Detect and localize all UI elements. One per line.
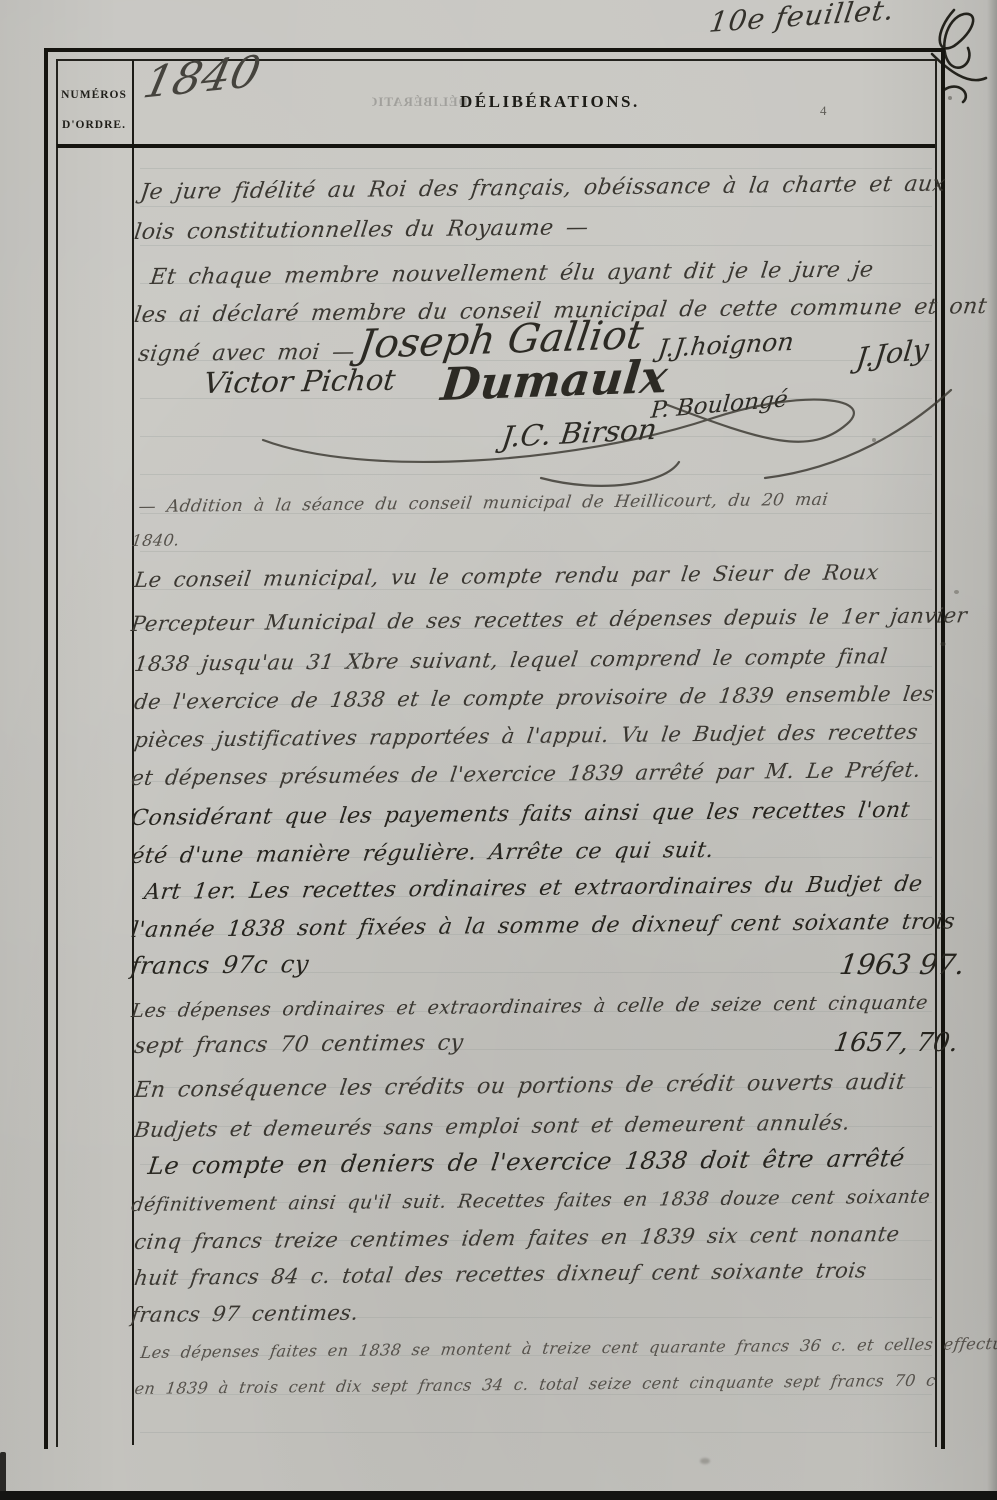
stain bbox=[700, 1458, 710, 1464]
stain bbox=[872, 438, 876, 442]
scanned-register-page: { "colors": { "paper": "#c7c6c1", "ink":… bbox=[0, 0, 997, 1500]
ghost-title-offset-print: DÉLIBÉRATIONS. bbox=[372, 94, 468, 110]
margin-label-line1: NUMÉROS bbox=[56, 80, 132, 110]
folio-note: 10e feuillet. bbox=[707, 0, 897, 39]
margin-column-header: NUMÉROS D'ORDRE. bbox=[56, 80, 132, 140]
manuscript-line: francs 97 centimes. bbox=[130, 1301, 360, 1327]
margin-column-divider bbox=[132, 60, 134, 1445]
ruled-line bbox=[140, 168, 932, 169]
signature-flourish-icon bbox=[245, 382, 965, 492]
stain bbox=[940, 642, 946, 646]
amount-depenses-1838: 1657, 70. bbox=[832, 1028, 960, 1058]
manuscript-line: lois constitutionnelles du Royaume — bbox=[133, 215, 590, 245]
manuscript-line: sept francs 70 centimes cy bbox=[133, 1031, 465, 1059]
ruled-line bbox=[140, 245, 932, 246]
stain bbox=[954, 590, 959, 594]
amount-recettes-1838: 1963 97. bbox=[837, 948, 966, 981]
scan-edge-bottom bbox=[0, 1491, 997, 1500]
margin-label-line2: D'ORDRE. bbox=[56, 110, 132, 140]
ruled-line bbox=[140, 206, 932, 207]
scan-edge-right bbox=[987, 0, 997, 1500]
page-title: DÉLIBÉRATIONS. bbox=[460, 92, 640, 112]
ruled-line bbox=[140, 1432, 932, 1433]
corner-mark: 4 bbox=[820, 103, 827, 119]
header-rule bbox=[57, 144, 935, 148]
manuscript-line: 1840. bbox=[131, 530, 181, 549]
stain bbox=[948, 96, 952, 100]
ruled-line bbox=[140, 551, 932, 552]
manuscript-line: francs 97c cy bbox=[129, 950, 310, 980]
manuscript-line: signé avec moi — bbox=[137, 340, 357, 367]
